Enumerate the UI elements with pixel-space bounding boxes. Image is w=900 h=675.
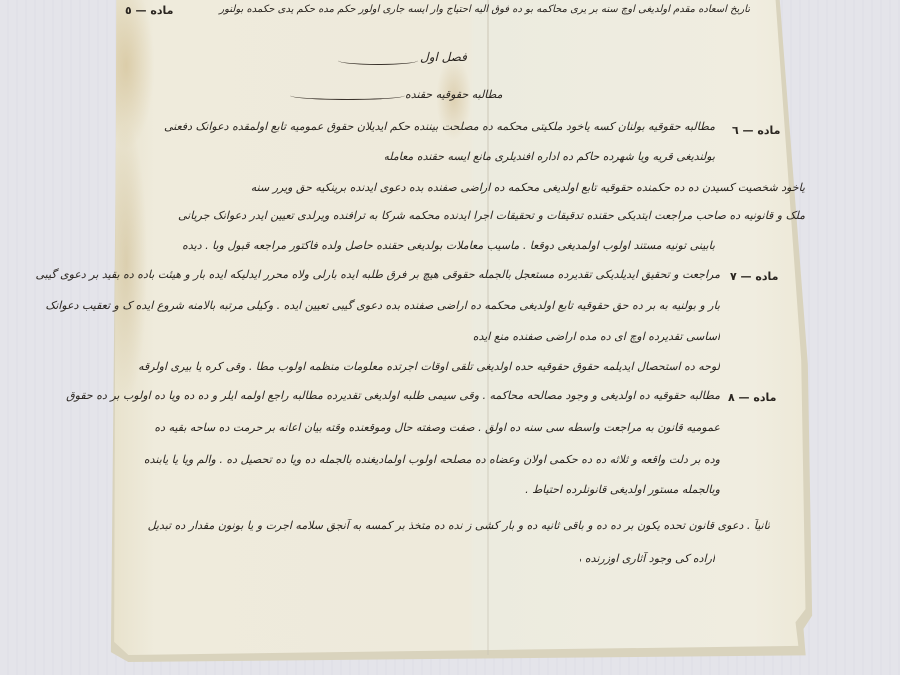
article-8-label: ماده — ٨	[728, 391, 776, 404]
article-8-line-2: عمومیه قانون به مراجعت واسطه سی سنه ده ا…	[30, 421, 720, 434]
paragraph-line: لوحه ده استحصال ایدیلمه حقوق حقوقیه حده …	[120, 360, 720, 373]
article-6-line-2: بولندیغی قریه ویا شهرده حاکم ده اداره اف…	[385, 150, 715, 163]
article-6-line-5: بابینی تونیه مستند اولوب اولمدیغی دوقعا …	[105, 239, 715, 252]
article-7-line-2: بار و بولنیه به بر ده حق حقوقیه تابع اول…	[20, 299, 720, 312]
article-6-line-1: مطالبه حقوقیه بولنان کسه یاخود ملکیتی مح…	[115, 120, 715, 133]
article-6-label: ماده — ٦	[732, 124, 780, 137]
article-7-line-1: مراجعت و تحقیق ایدیلدیکی تقدیرده مستعجل …	[20, 268, 720, 281]
article-7-line-3: اساسی تقدیرده اوچ ای ده مده اراضی صفنده …	[450, 330, 720, 343]
section-title: فصل اول	[420, 50, 467, 64]
article-8-line-4: وبالجمله مستور اولدیغی قانونلرده احتیاط …	[490, 483, 720, 496]
article-7-label: ماده — ٧	[730, 270, 778, 283]
article-5-line-1: تاریخ اسعاده مقدم اولدیغی اوچ سنه بر یری…	[140, 4, 750, 15]
secondly-line-2: اراده کی وجود آثاری اوزرنده منطقی .	[580, 552, 715, 565]
article-6-line-3: یاخود شخصیت کسیدن ده ده حکمنده حقوقیه تا…	[115, 181, 805, 194]
section-title-flourish	[338, 56, 418, 65]
article-6-line-4: ملک و قانونیه ده صاحب مراجعت ایتدیکی حقن…	[105, 209, 805, 222]
article-8-line-3: وده بر دلت واقعه و ثلاثه ده ده حکمی اولا…	[30, 453, 720, 466]
section-subtitle-flourish	[290, 91, 405, 100]
section-subtitle: مطالبه حقوقیه حقنده	[405, 88, 503, 101]
secondly-line-1: ثانیاً . دعوی قانون تحده یکون بر ده ده و…	[60, 519, 770, 532]
article-8-line-1: مطالبه حقوقیه ده اولدیغی و وجود مصالحه م…	[30, 389, 720, 402]
article-5-label: ماده — ٥	[125, 4, 173, 17]
